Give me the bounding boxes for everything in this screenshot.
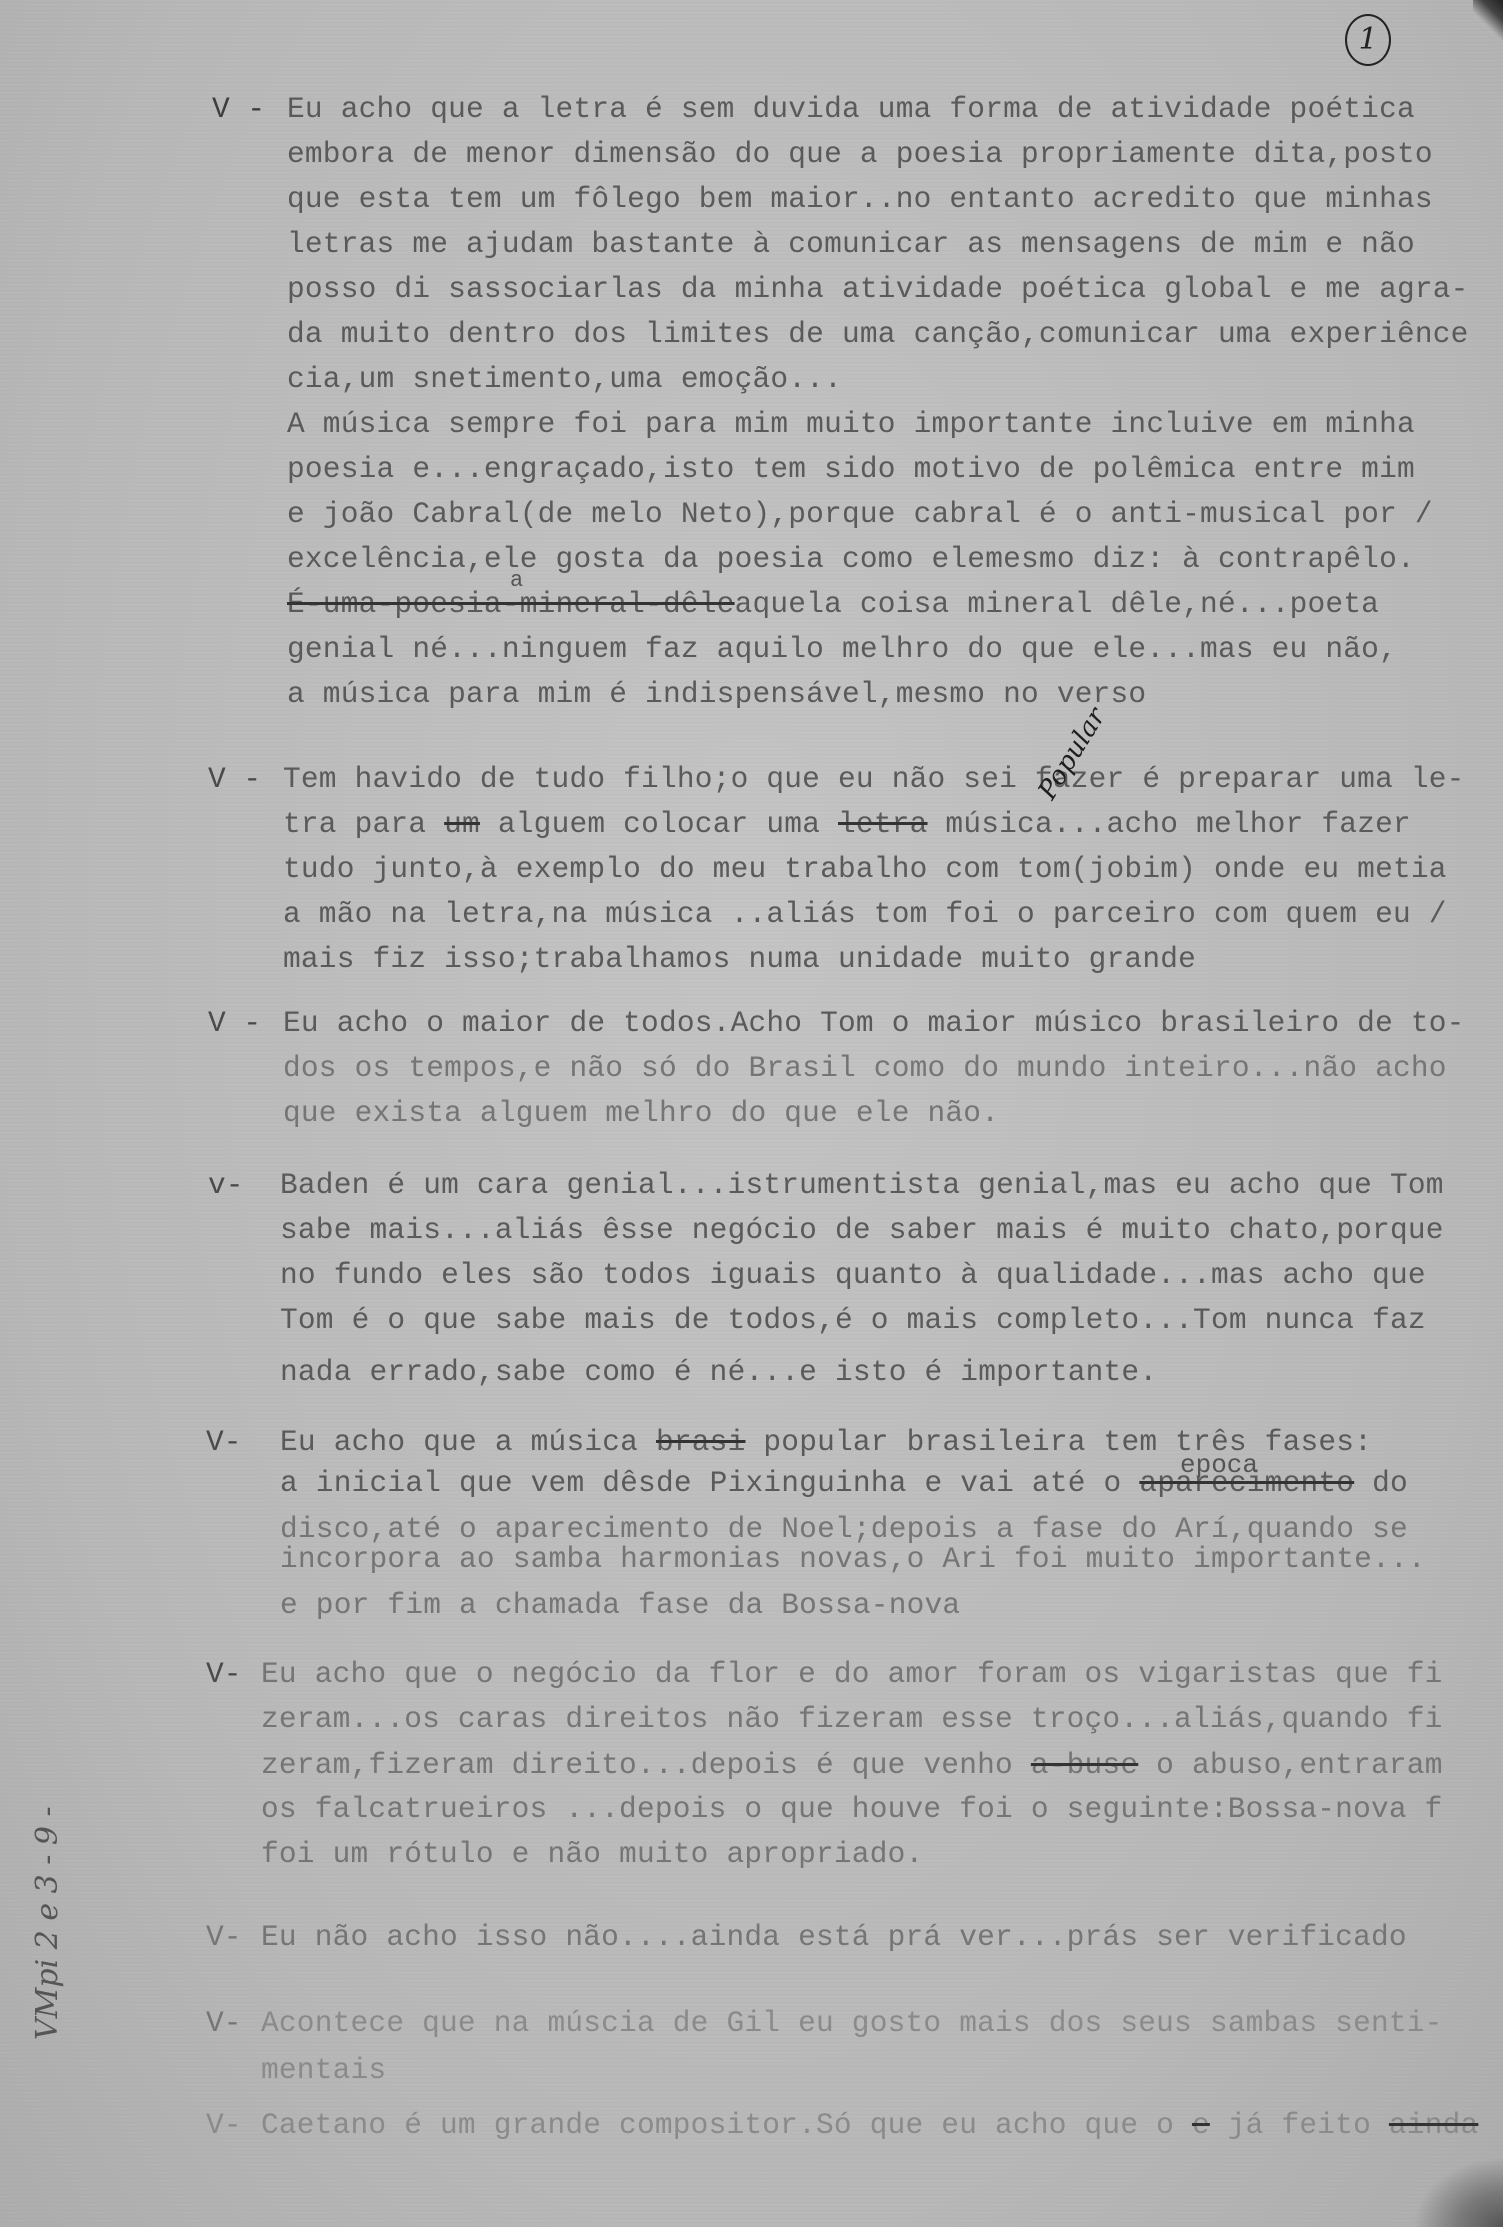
text-line: disco,até o aparecimento de Noel;depois … bbox=[280, 1512, 1408, 1546]
speaker-label: V- bbox=[206, 2006, 241, 2040]
text-span: música...acho melhor fazer bbox=[928, 807, 1411, 841]
text-span: Caetano é um grande compositor.Só que eu… bbox=[261, 2108, 1192, 2142]
text-line: que esta tem um fôlego bem maior..no ent… bbox=[287, 182, 1433, 216]
text-line: Caetano é um grande compositor.Só que eu… bbox=[261, 2108, 1478, 2142]
page-corner-shadow bbox=[1473, 0, 1503, 40]
struck-text: um bbox=[444, 807, 480, 841]
text-line: embora de menor dimensão do que a poesia… bbox=[287, 137, 1433, 171]
text-line: sabe mais...aliás êsse negócio de saber … bbox=[280, 1213, 1444, 1247]
speaker-label: V- bbox=[206, 1920, 241, 1954]
text-line: Baden é um cara genial...istrumentista g… bbox=[280, 1168, 1444, 1202]
text-line: Acontece que na múscia de Gil eu gosto m… bbox=[261, 2006, 1443, 2040]
struck-text: letra bbox=[838, 807, 928, 841]
text-line: mais fiz isso;trabalhamos numa unidade m… bbox=[283, 942, 1196, 976]
speaker-label: V- bbox=[206, 2108, 241, 2142]
text-line: letras me ajudam bastante à comunicar as… bbox=[287, 227, 1415, 261]
speaker-label: V- bbox=[206, 1657, 241, 1691]
text-line: poesia e...engraçado,isto tem sido motiv… bbox=[287, 452, 1415, 486]
text-span: popular brasileira tem três fases: bbox=[745, 1425, 1372, 1459]
speaker-label: V - bbox=[212, 92, 265, 126]
text-line: Tem havido de tudo filho;o que eu não se… bbox=[283, 762, 1465, 796]
text-line: que exista alguem melhro do que ele não. bbox=[283, 1096, 999, 1130]
text-line: Tom é o que sabe mais de todos,é o mais … bbox=[280, 1303, 1426, 1337]
text-span: tra para bbox=[283, 807, 444, 841]
text-line: A música sempre foi para mim muito impor… bbox=[287, 407, 1415, 441]
text-line: foi um rótulo e não muito apropriado. bbox=[261, 1837, 923, 1871]
text-line: excelência,ele gosta da poesia como elem… bbox=[287, 542, 1415, 576]
text-line: no fundo eles são todos iguais quanto à … bbox=[280, 1258, 1426, 1292]
text-span: Eu acho que a música bbox=[280, 1425, 656, 1459]
struck-text: ainda bbox=[1389, 2108, 1479, 2142]
speaker-label: v- bbox=[208, 1168, 243, 1202]
text-line: nada errado,sabe como é né...e isto é im… bbox=[280, 1355, 1157, 1389]
struck-text: e bbox=[1192, 2108, 1210, 2142]
struck-text: brasi bbox=[656, 1425, 746, 1459]
text-line: cia,um snetimento,uma emoção... bbox=[287, 362, 842, 396]
text-line: e joão Cabral(de melo Neto),porque cabra… bbox=[287, 497, 1433, 531]
speaker-label: V- bbox=[206, 1425, 241, 1459]
text-line: tudo junto,à exemplo do meu trabalho com… bbox=[283, 852, 1447, 886]
text-line: mentais bbox=[261, 2053, 386, 2087]
text-span: a inicial que vem dêsde Pixinguinha e va… bbox=[280, 1466, 1139, 1500]
margin-handwritten-note: VMpi 2 e 3 - 9 - bbox=[30, 1760, 90, 2040]
text-line: zeram,fizeram direito...depois é que ven… bbox=[261, 1748, 1443, 1782]
text-line: É-uma-poesia-mineral-dêleaquela coisa mi… bbox=[287, 587, 1379, 621]
struck-text: a-buse bbox=[1031, 1748, 1138, 1782]
text-line: zeram...os caras direitos não fizeram es… bbox=[261, 1702, 1443, 1736]
typed-insertion: epoca bbox=[1180, 1450, 1258, 1480]
page-number-circled: 1 bbox=[1345, 14, 1391, 66]
text-line: Eu não acho isso não....ainda está prá v… bbox=[261, 1920, 1407, 1954]
text-line: a mão na letra,na música ..aliás tom foi… bbox=[283, 897, 1447, 931]
text-line: e por fim a chamada fase da Bossa-nova bbox=[280, 1588, 960, 1622]
text-line: Eu acho que o negócio da flor e do amor … bbox=[261, 1657, 1443, 1691]
text-line: Eu acho o maior de todos.Acho Tom o maio… bbox=[283, 1006, 1465, 1040]
text-line: Eu acho que a letra é sem duvida uma for… bbox=[287, 92, 1415, 126]
speaker-label: V - bbox=[208, 762, 261, 796]
text-span: do bbox=[1354, 1466, 1408, 1500]
typed-insertion: a bbox=[510, 568, 523, 593]
text-line: posso di sassociarlas da minha atividade… bbox=[287, 272, 1469, 306]
text-span: alguem colocar uma bbox=[480, 807, 838, 841]
text-span: o abuso,entraram bbox=[1138, 1748, 1442, 1782]
text-line: dos os tempos,e não só do Brasil como do… bbox=[283, 1051, 1447, 1085]
text-line: os falcatrueiros ...depois o que houve f… bbox=[261, 1792, 1443, 1826]
speaker-label: V - bbox=[208, 1006, 261, 1040]
text-line: tra para um alguem colocar uma letra mús… bbox=[283, 807, 1411, 841]
text-span: zeram,fizeram direito...depois é que ven… bbox=[261, 1748, 1031, 1782]
text-span: já feito bbox=[1210, 2108, 1389, 2142]
text-line: incorpora ao samba harmonias novas,o Ari… bbox=[280, 1542, 1426, 1576]
text-span: aquela coisa mineral dêle,né...poeta bbox=[735, 587, 1380, 621]
text-line: genial né...ninguem faz aquilo melhro do… bbox=[287, 632, 1397, 666]
typewritten-page: 1 VMpi 2 e 3 - 9 - V - Eu acho que a let… bbox=[0, 0, 1503, 2227]
text-line: da muito dentro dos limites de uma cançã… bbox=[287, 317, 1469, 351]
page-corner-shadow-bottom bbox=[1413, 2157, 1503, 2227]
text-line: a música para mim é indispensável,mesmo … bbox=[287, 677, 1146, 711]
